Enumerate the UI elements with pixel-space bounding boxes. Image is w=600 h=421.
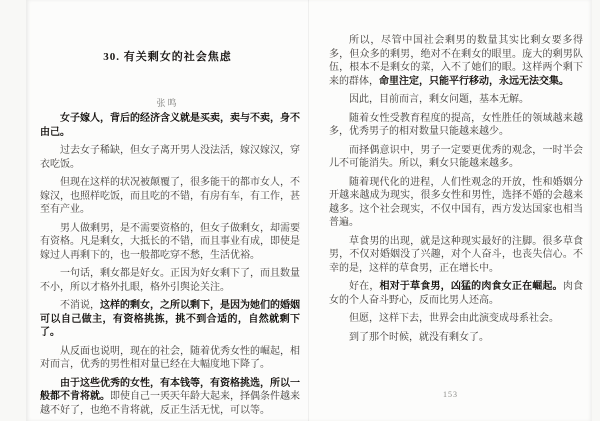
book-spread: 30. 有关剩女的社会焦虑 张鸣 女子嫁人，背后的经济含义就是买卖，卖与不卖，身… (0, 0, 600, 421)
author-name: 张鸣 (26, 96, 309, 109)
page-number-left: 152 (26, 390, 309, 399)
body-text: 一句话，剩女都是好女。正因为好女剩下了，而且数量不小，所以才格外扎眼，格外引舆论… (40, 268, 300, 293)
paragraph: 随着现代化的进程，人们性观念的开放，性和婚姻分开越来越成为现实，很多女性和男性，… (329, 176, 583, 230)
page-body-right: 所以，尽管中国社会剩男的数量其实比剩女要多得多，但众多的剩男，绝对不在剩女的眼里… (329, 34, 583, 349)
paragraph: 男人做剩男，是不需要资格的，但女子做剩女，却需要有资格。凡是剩女，大抵长的不错，… (40, 222, 300, 263)
body-text: 随着女性受教育程度的提高，女性胜任的领域越来越多，优秀男子的相对数量只能越来越少… (329, 113, 583, 138)
paragraph: 一句话，剩女都是好女。正因为好女剩下了，而且数量不小，所以才格外扎眼，格外引舆论… (40, 267, 300, 294)
emphasis-text: 命里注定，只能平行移动，永远无法交集。 (379, 76, 569, 87)
body-text: 男人做剩男，是不需要资格的，但女子做剩女，却需要有资格。凡是剩女，大抵长的不错，… (40, 223, 300, 261)
paragraph: 随着女性受教育程度的提高，女性胜任的领域越来越多，优秀男子的相对数量只能越来越少… (329, 112, 583, 139)
paragraph: 但现在这样的状况被颠覆了，很多能干的都市女人，不嫁汉，也照样吃饭，而且吃的不错，… (40, 176, 300, 217)
body-text: 因此，目前而言，剩女问题，基本无解。 (349, 94, 529, 105)
emphasis-text: 相对于草食男，凶猛的肉食女正在崛起。 (380, 281, 563, 292)
body-text: 但现在这样的状况被颠覆了，很多能干的都市女人，不嫁汉，也照样吃饭，而且吃的不错，… (40, 177, 300, 215)
body-text: 从反面也说明，现在的社会，随着优秀女性的崛起，相对而言，优秀的男性相对量已经在大… (40, 346, 300, 371)
paragraph: 草食男的出现，就是这种现实最好的注脚。很多草食男，不仅对婚姻没了兴趣，对个人奋斗… (329, 235, 583, 276)
page-body-left: 女子嫁人，背后的经济含义就是买卖，卖与不卖，身不由己。过去女子稀缺，但女子离开男… (40, 112, 300, 421)
paragraph: 女子嫁人，背后的经济含义就是买卖，卖与不卖，身不由己。 (40, 112, 300, 139)
page-number-right: 153 (309, 390, 592, 399)
body-text: 好在， (349, 281, 380, 292)
paragraph: 好在，相对于草食男，凶猛的肉食女正在崛起。肉食女的个人奋斗野心，反而比男人还高。 (329, 280, 583, 307)
body-text: 但愿，这样下去，世界会由此演变成母系社会。 (349, 313, 559, 324)
page-left: 30. 有关剩女的社会焦虑 张鸣 女子嫁人，背后的经济含义就是买卖，卖与不卖，身… (26, 0, 309, 421)
body-text: 不消说， (60, 300, 100, 311)
body-text: 到了那个时候，就没有剩女了。 (349, 332, 489, 343)
emphasis-text: 女子嫁人，背后的经济含义就是买卖，卖与不卖，身不由己。 (40, 113, 300, 138)
body-text: 而择偶意识中，男子一定要更优秀的观念，一时半会儿不可能消失。所以，剩女只能越来越… (329, 145, 583, 170)
page-right: 所以，尽管中国社会剩男的数量其实比剩女要多得多，但众多的剩男，绝对不在剩女的眼里… (309, 0, 592, 421)
paragraph: 因此，目前而言，剩女问题，基本无解。 (329, 93, 583, 107)
paragraph: 从反面也说明，现在的社会，随着优秀女性的崛起，相对而言，优秀的男性相对量已经在大… (40, 345, 300, 372)
paragraph: 但愿，这样下去，世界会由此演变成母系社会。 (329, 312, 583, 326)
paragraph: 过去女子稀缺，但女子离开男人没法活，嫁汉嫁汉，穿衣吃饭。 (40, 144, 300, 171)
paragraph: 而择偶意识中，男子一定要更优秀的观念，一时半会儿不可能消失。所以，剩女只能越来越… (329, 144, 583, 171)
body-text: 过去女子稀缺，但女子离开男人没法活，嫁汉嫁汉，穿衣吃饭。 (40, 145, 300, 170)
paragraph: 不消说，这样的剩女，之所以剩下，是因为她们的婚姻可以自己做主，有资格挑拣，挑不到… (40, 299, 300, 340)
chapter-title: 30. 有关剩女的社会焦虑 (26, 48, 309, 64)
paragraph: 到了那个时候，就没有剩女了。 (329, 331, 583, 345)
body-text: 草食男的出现，就是这种现实最好的注脚。很多草食男，不仅对婚姻没了兴趣，对个人奋斗… (329, 236, 583, 274)
paragraph: 所以，尽管中国社会剩男的数量其实比剩女要多得多，但众多的剩男，绝对不在剩女的眼里… (329, 34, 583, 88)
body-text: 随着现代化的进程，人们性观念的开放，性和婚姻分开越来越成为现实，很多女性和男性，… (329, 177, 583, 229)
